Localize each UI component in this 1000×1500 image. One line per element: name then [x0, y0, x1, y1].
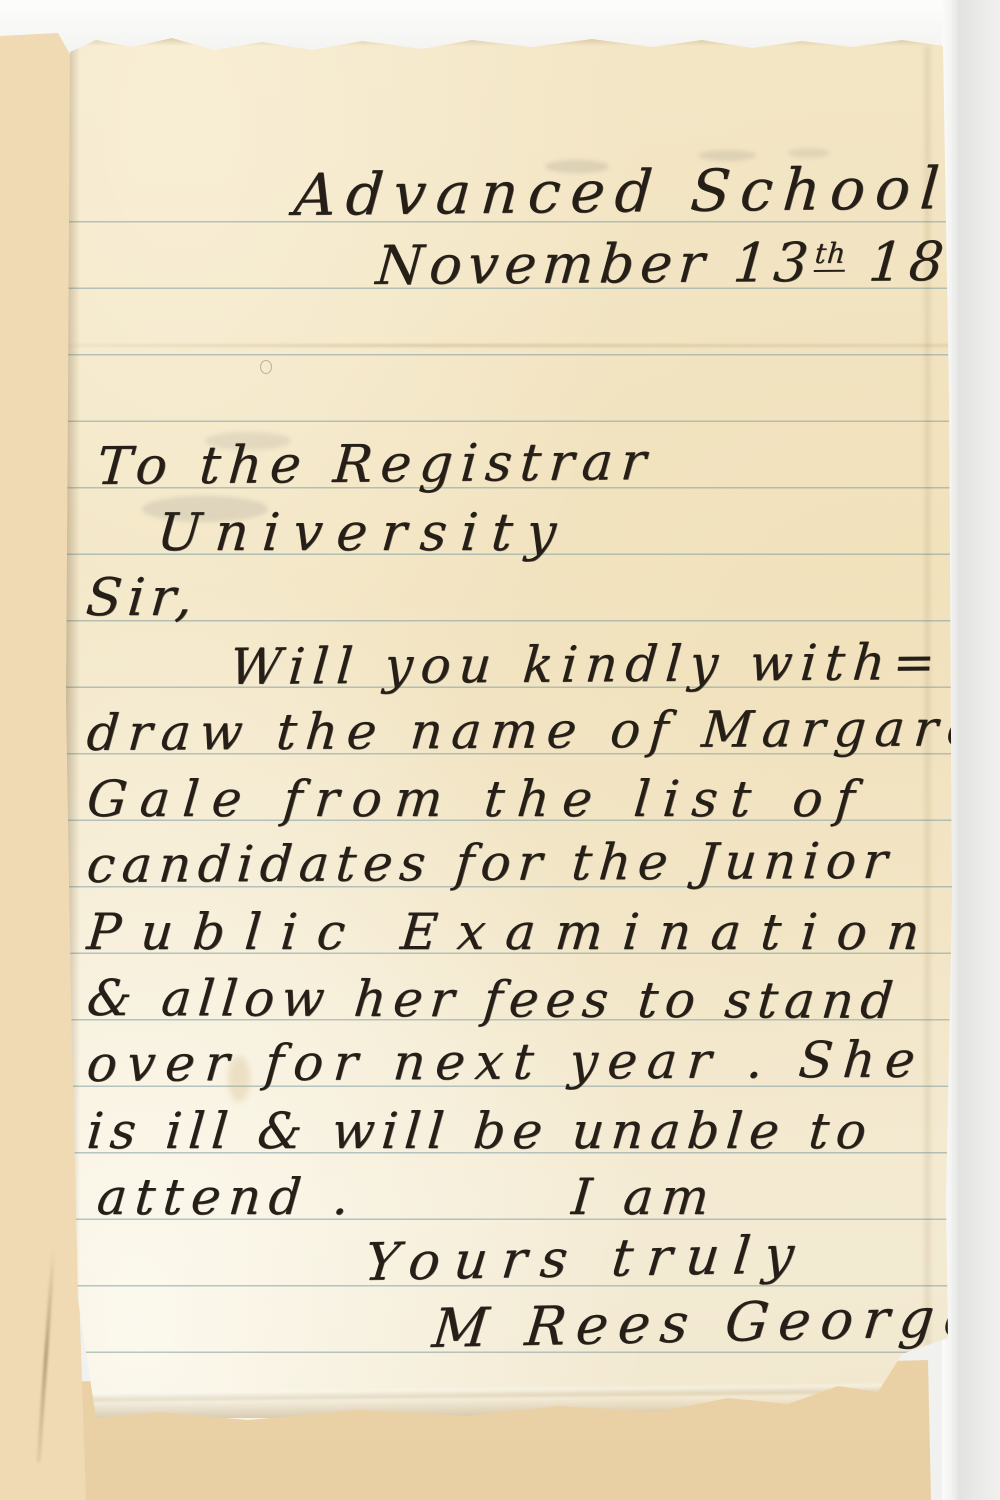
recipient-line-2: University [155, 507, 572, 559]
signature: M Rees George [430, 1290, 989, 1356]
page-torn-top-edge [60, 36, 960, 46]
body-line-4: candidates for the Junior [85, 836, 896, 890]
scanned-letter-screenshot: { "colors": { "ink": "#261f18", "paper_c… [0, 0, 1000, 1500]
body-line-6: & allow her fees to stand [85, 973, 902, 1026]
body-line-7: over for next year . She [85, 1035, 927, 1089]
body-line-2: draw the name of Margaret [85, 703, 1000, 758]
body-line-1: Will you kindly with= [228, 637, 945, 692]
paper-mark-ring [260, 360, 272, 374]
date-day: November 13 [374, 231, 817, 297]
recipient-line-1: To the Registrar [95, 436, 656, 493]
body-line-9: attend . I am [95, 1172, 719, 1222]
valediction: Yours truly [362, 1229, 810, 1289]
body-line-8: is ill & will be unable to [85, 1106, 875, 1156]
body-line-5: Public Examination [85, 907, 941, 957]
letter-page: Advanced School November 13th 1896 To th… [0, 0, 1000, 1500]
body-line-3: Gale from the list of [85, 774, 869, 824]
salutation: Sir, [84, 572, 200, 624]
letter-heading-date: November 13th 1896 [374, 234, 1000, 293]
letter-heading-place: Advanced School [292, 159, 951, 224]
date-ordinal-superscript: th [813, 237, 847, 272]
horizontal-fold-crease [66, 344, 954, 347]
